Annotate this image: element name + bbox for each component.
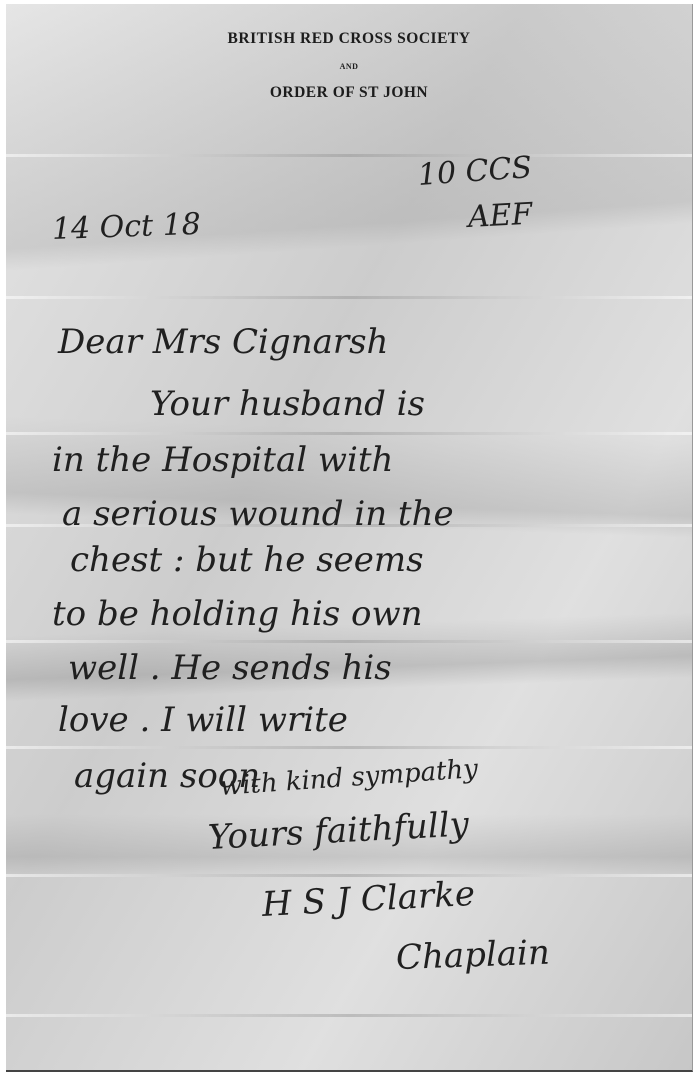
body-line: love . I will write bbox=[58, 700, 348, 740]
salutation: Dear Mrs Cignarsh bbox=[58, 322, 388, 362]
paper-crease bbox=[6, 874, 692, 877]
paper-crease bbox=[6, 640, 692, 643]
body-line: a serious wound in the bbox=[62, 494, 454, 534]
letterhead-organization: BRITISH RED CROSS SOCIETY bbox=[0, 30, 698, 48]
body-line: to be holding his own bbox=[52, 594, 422, 634]
paper-crease bbox=[6, 154, 692, 157]
signature-title: Chaplain bbox=[395, 933, 550, 978]
paper-crease bbox=[6, 296, 692, 299]
paper-crease bbox=[6, 432, 692, 435]
body-line: well . He sends his bbox=[68, 648, 392, 688]
paper-crease bbox=[6, 1014, 692, 1017]
body-line: in the Hospital with bbox=[52, 440, 393, 480]
paper-crease bbox=[6, 746, 692, 749]
location-abbreviation: AEF bbox=[467, 197, 533, 235]
letterhead-order: ORDER OF ST JOHN bbox=[0, 84, 698, 102]
body-line: Your husband is bbox=[150, 384, 425, 424]
body-line: chest : but he seems bbox=[70, 540, 424, 580]
letter-date: 14 Oct 18 bbox=[51, 207, 201, 247]
letterhead-conjunction: AND bbox=[0, 62, 698, 71]
